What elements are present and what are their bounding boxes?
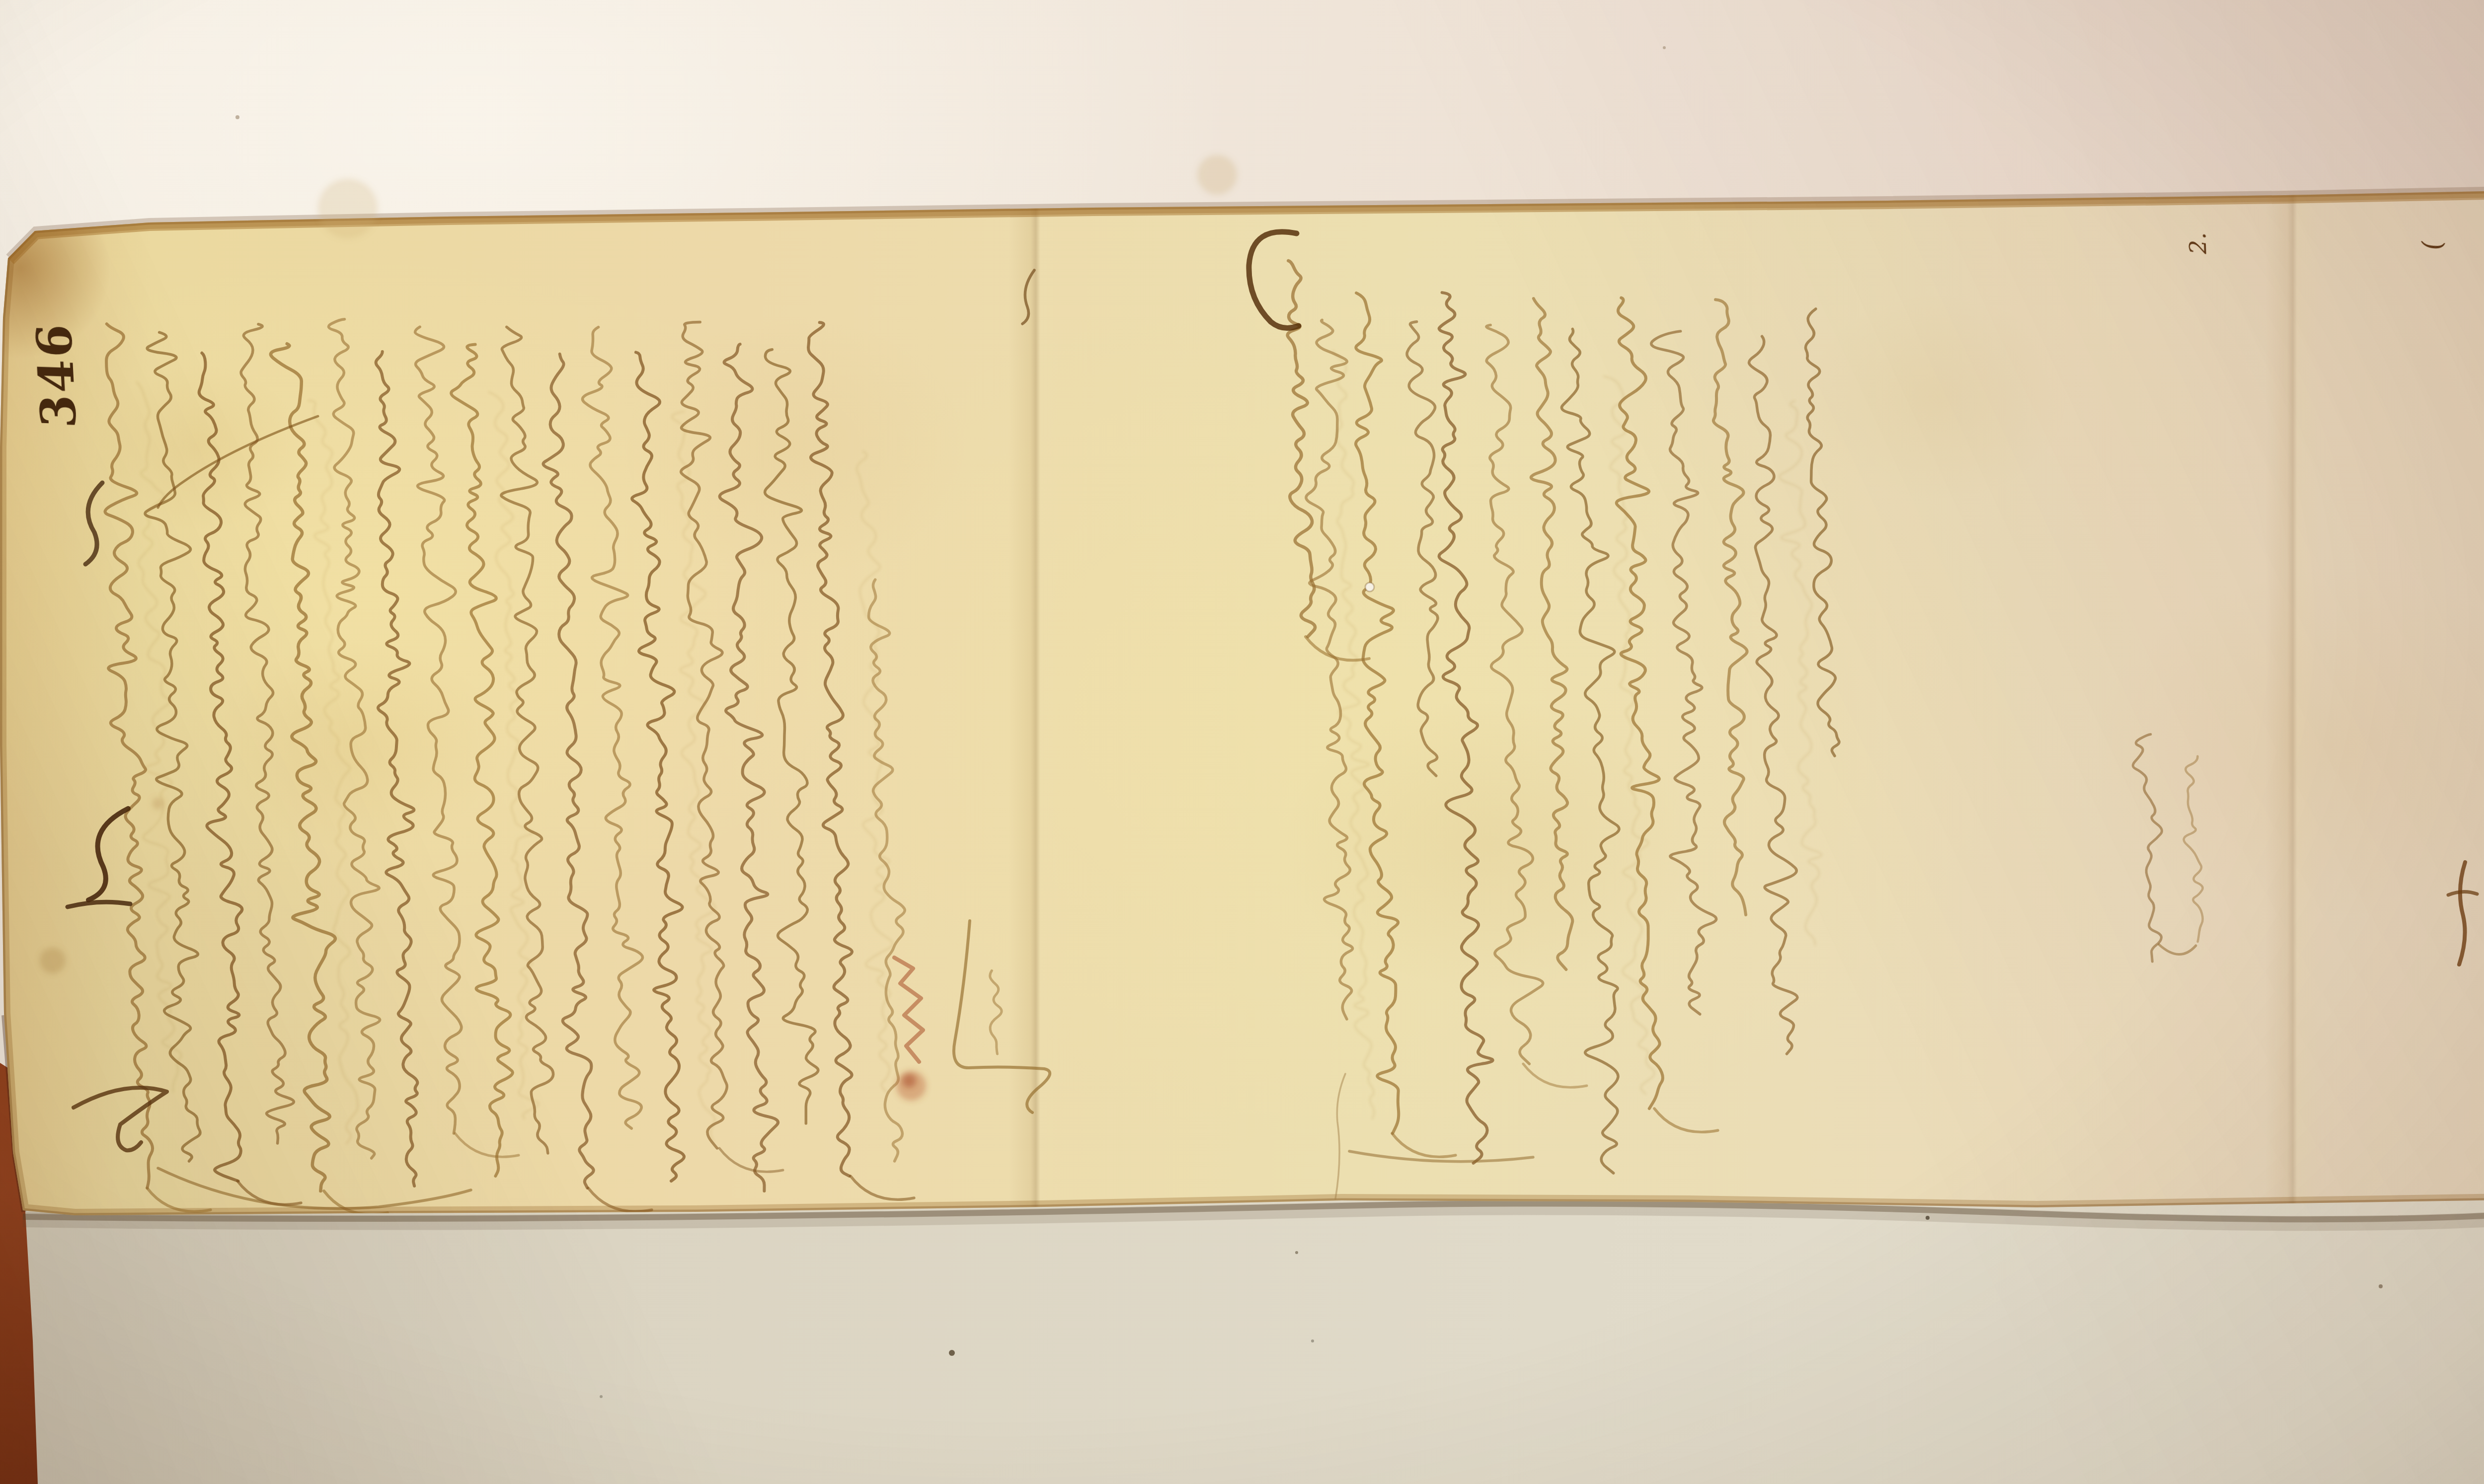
toasted-edge: [0, 188, 2484, 1215]
folio-number: 346: [25, 303, 87, 446]
manuscript-photograph: 346 2. (: [0, 0, 2484, 1484]
top-margin-mark-right: (: [2415, 226, 2451, 264]
top-margin-mark-left: 2.: [2182, 223, 2214, 264]
handwriting: [68, 232, 2477, 1215]
bleedthrough-writing: [137, 351, 1822, 1143]
